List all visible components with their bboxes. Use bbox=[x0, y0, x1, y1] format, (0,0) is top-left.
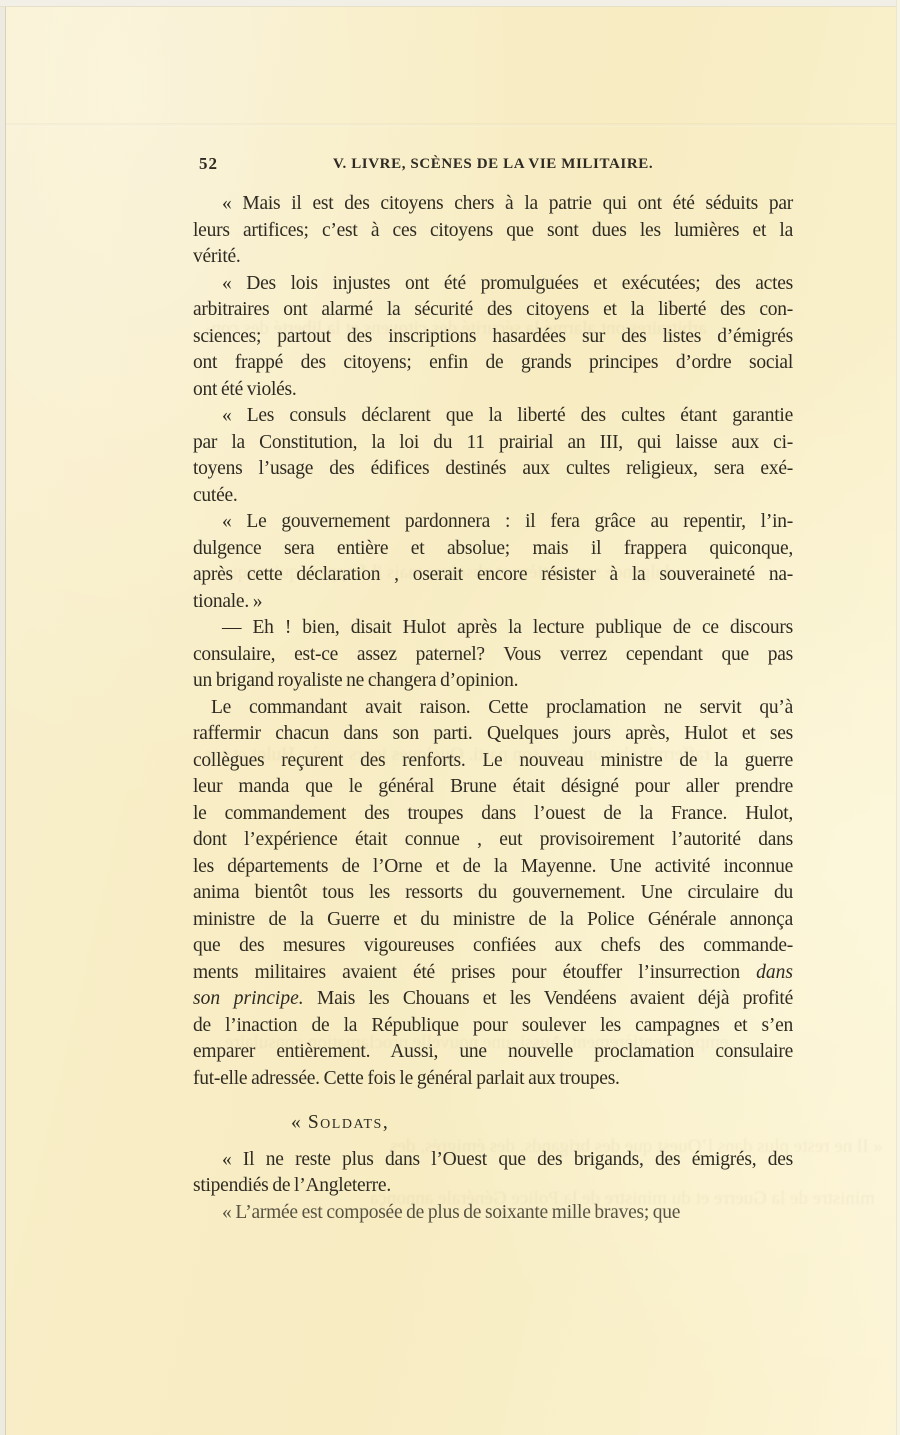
text-line: dont l’expérience était connue , eut pro… bbox=[193, 827, 793, 854]
text-line: collègues reçurent des renforts. Le nouv… bbox=[193, 748, 793, 775]
text-line: après cette déclaration , oserait encore… bbox=[193, 562, 793, 589]
text-line: son principe. Mais les Chouans et les Ve… bbox=[193, 986, 793, 1013]
text-line: — Eh ! bien, disait Hulot après la lectu… bbox=[193, 615, 793, 642]
text-line: toyens l’usage des édifices destinés aux… bbox=[193, 456, 793, 483]
text-line: emparer entièrement. Aussi, une nouvelle… bbox=[193, 1039, 793, 1066]
text-line: sciences; partout des inscriptions hasar… bbox=[193, 324, 793, 351]
paragraph: « Les consuls déclarent que la liberté d… bbox=[193, 403, 793, 509]
text-line: « Des lois injustes ont été promulguées … bbox=[193, 271, 793, 298]
paragraph: — Eh ! bien, disait Hulot après la lectu… bbox=[193, 615, 793, 695]
paragraph: « Le gouvernement pardonnera : il fera g… bbox=[193, 509, 793, 615]
text-line: stipendiés de l’Angleterre. bbox=[193, 1173, 793, 1200]
text-line: anima bientôt tous les ressorts du gouve… bbox=[193, 880, 793, 907]
text-line: fut-elle adressée. Cette fois le général… bbox=[193, 1066, 793, 1093]
text-line: un brigand royaliste ne changera d’opini… bbox=[193, 668, 793, 695]
paper-fold-line bbox=[6, 123, 896, 127]
running-title: V. LIVRE, SCÈNES DE LA VIE MILITAIRE. bbox=[333, 156, 653, 173]
page-header: 52 V. LIVRE, SCÈNES DE LA VIE MILITAIRE. bbox=[193, 154, 793, 176]
paragraph: Le commandant avait raison. Cette procla… bbox=[193, 695, 793, 1093]
scan-edge-left bbox=[0, 0, 6, 1435]
text-line: « L’armée est composée de plus de soixan… bbox=[193, 1200, 793, 1227]
text-line: leurs artifices; c’est à ces citoyens qu… bbox=[193, 218, 793, 245]
scan-edge-top bbox=[0, 0, 900, 7]
text-line: ont été violés. bbox=[193, 377, 793, 404]
scan-edge-right bbox=[896, 0, 900, 1435]
text-line: « Le gouvernement pardonnera : il fera g… bbox=[193, 509, 793, 536]
text-line: tionale. » bbox=[193, 589, 793, 616]
italic-segment: son principe. bbox=[193, 988, 304, 1009]
text-line: de l’inaction de la République pour soul… bbox=[193, 1013, 793, 1040]
paragraph: « Mais il est des citoyens chers à la pa… bbox=[193, 191, 793, 271]
text-line: ministre de la Guerre et du ministre de … bbox=[193, 907, 793, 934]
text-line: Le commandant avait raison. Cette procla… bbox=[193, 695, 793, 722]
text-line: ont frappé des citoyens; enfin de grands… bbox=[193, 350, 793, 377]
text-line: leur manda que le général Brune était dé… bbox=[193, 774, 793, 801]
paragraph: « L’armée est composée de plus de soixan… bbox=[193, 1200, 793, 1227]
soldats-heading: « Soldats, bbox=[291, 1110, 793, 1137]
book-page-scan: 52 V. LIVRE, SCÈNES DE LA VIE MILITAIRE.… bbox=[0, 0, 900, 1435]
text-line: « Mais il est des citoyens chers à la pa… bbox=[193, 191, 793, 218]
text-line: vérité. bbox=[193, 244, 793, 271]
text-line: « Il ne reste plus dans l’Ouest que des … bbox=[193, 1147, 793, 1174]
page-number: 52 bbox=[199, 154, 218, 174]
text-line: les départements de l’Orne et de la Maye… bbox=[193, 854, 793, 881]
text-line: arbitraires ont alarmé la sécurité des c… bbox=[193, 297, 793, 324]
text-line: consulaire, est-ce assez paternel? Vous … bbox=[193, 642, 793, 669]
text-block: « Mais il est des citoyens chers à la pa… bbox=[193, 191, 793, 1226]
text-segment: Mais les Chouans et les Vendéens avaient… bbox=[304, 988, 793, 1009]
paragraph: « Des lois injustes ont été promulguées … bbox=[193, 271, 793, 404]
text-line: ments militaires avaient été prises pour… bbox=[193, 960, 793, 987]
text-line: dulgence sera entière et absolue; mais i… bbox=[193, 536, 793, 563]
text-line: par la Constitution, la loi du 11 prairi… bbox=[193, 430, 793, 457]
italic-segment: dans bbox=[756, 962, 793, 983]
text-line: cutée. bbox=[193, 483, 793, 510]
text-line: raffermir chacun dans son parti. Quelque… bbox=[193, 721, 793, 748]
text-segment: ments militaires avaient été prises pour… bbox=[193, 962, 756, 983]
text-line: que des mesures vigoureuses confiées aux… bbox=[193, 933, 793, 960]
paragraph: « Il ne reste plus dans l’Ouest que des … bbox=[193, 1147, 793, 1200]
text-line: « Les consuls déclarent que la liberté d… bbox=[193, 403, 793, 430]
text-line: le commandement des troupes dans l’ouest… bbox=[193, 801, 793, 828]
